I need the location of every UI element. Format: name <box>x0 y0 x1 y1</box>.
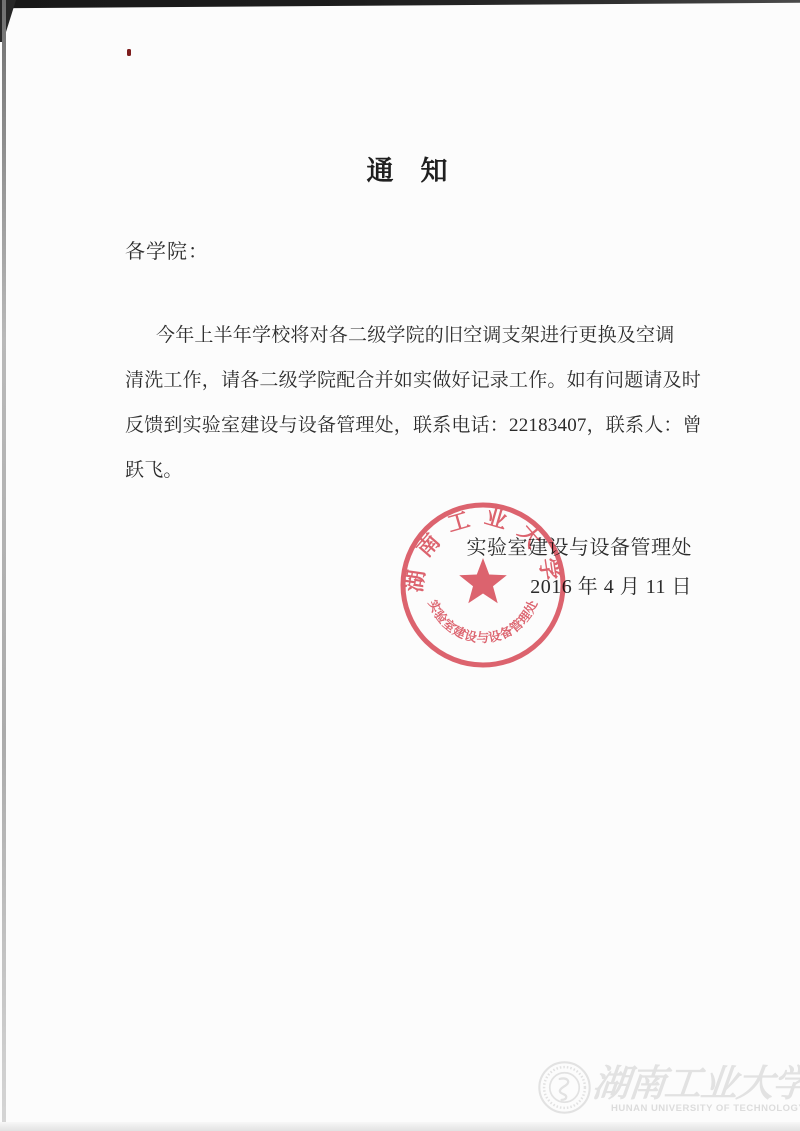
notice-title: 通 知 <box>0 149 800 188</box>
logo-monogram <box>560 1079 568 1100</box>
scan-edge-top <box>0 0 800 9</box>
logo-outer-ring <box>539 1062 589 1112</box>
logo-inner-ring <box>550 1073 579 1102</box>
notice-date: 2016 年 4 月 11 日 <box>530 570 692 599</box>
scan-edge-bottom <box>0 1122 800 1131</box>
watermark-cn-text: 湖南工业大学 <box>590 1053 800 1107</box>
notice-body: 今年上半年学校将对各二级学院的旧空调支架进行更换及空调 清洗工作，请各二级学院配… <box>125 324 711 504</box>
salutation: 各学院： <box>125 235 209 264</box>
watermark-en-text: HUNAN UNIVERSITY OF TECHNOLOGY <box>611 1103 800 1114</box>
svg-text:实验室建设与设备管理处: 实验室建设与设备管理处 <box>426 597 541 645</box>
signature-department: 实验室建设与设备管理处 <box>467 531 693 560</box>
seal-arc-text-bottom: 实验室建设与设备管理处 <box>426 597 541 645</box>
body-line-1: 今年上半年学校将对各二级学院的旧空调支架进行更换及空调 <box>125 324 711 369</box>
seal-star-icon <box>459 558 507 603</box>
ink-speck <box>127 49 131 56</box>
body-line-2: 清洗工作，请各二级学院配合并如实做好记录工作。如有问题请及时 <box>125 369 711 414</box>
scanned-notice-page: 通 知 各学院： 今年上半年学校将对各二级学院的旧空调支架进行更换及空调 清洗工… <box>0 0 800 1131</box>
logo-micro-text-ring <box>544 1067 585 1108</box>
body-line-3: 反馈到实验室建设与设备管理处，联系电话：22183407，联系人：曾 <box>125 414 711 459</box>
university-logo-icon <box>536 1059 593 1116</box>
body-line-4: 跃飞。 <box>125 459 711 504</box>
